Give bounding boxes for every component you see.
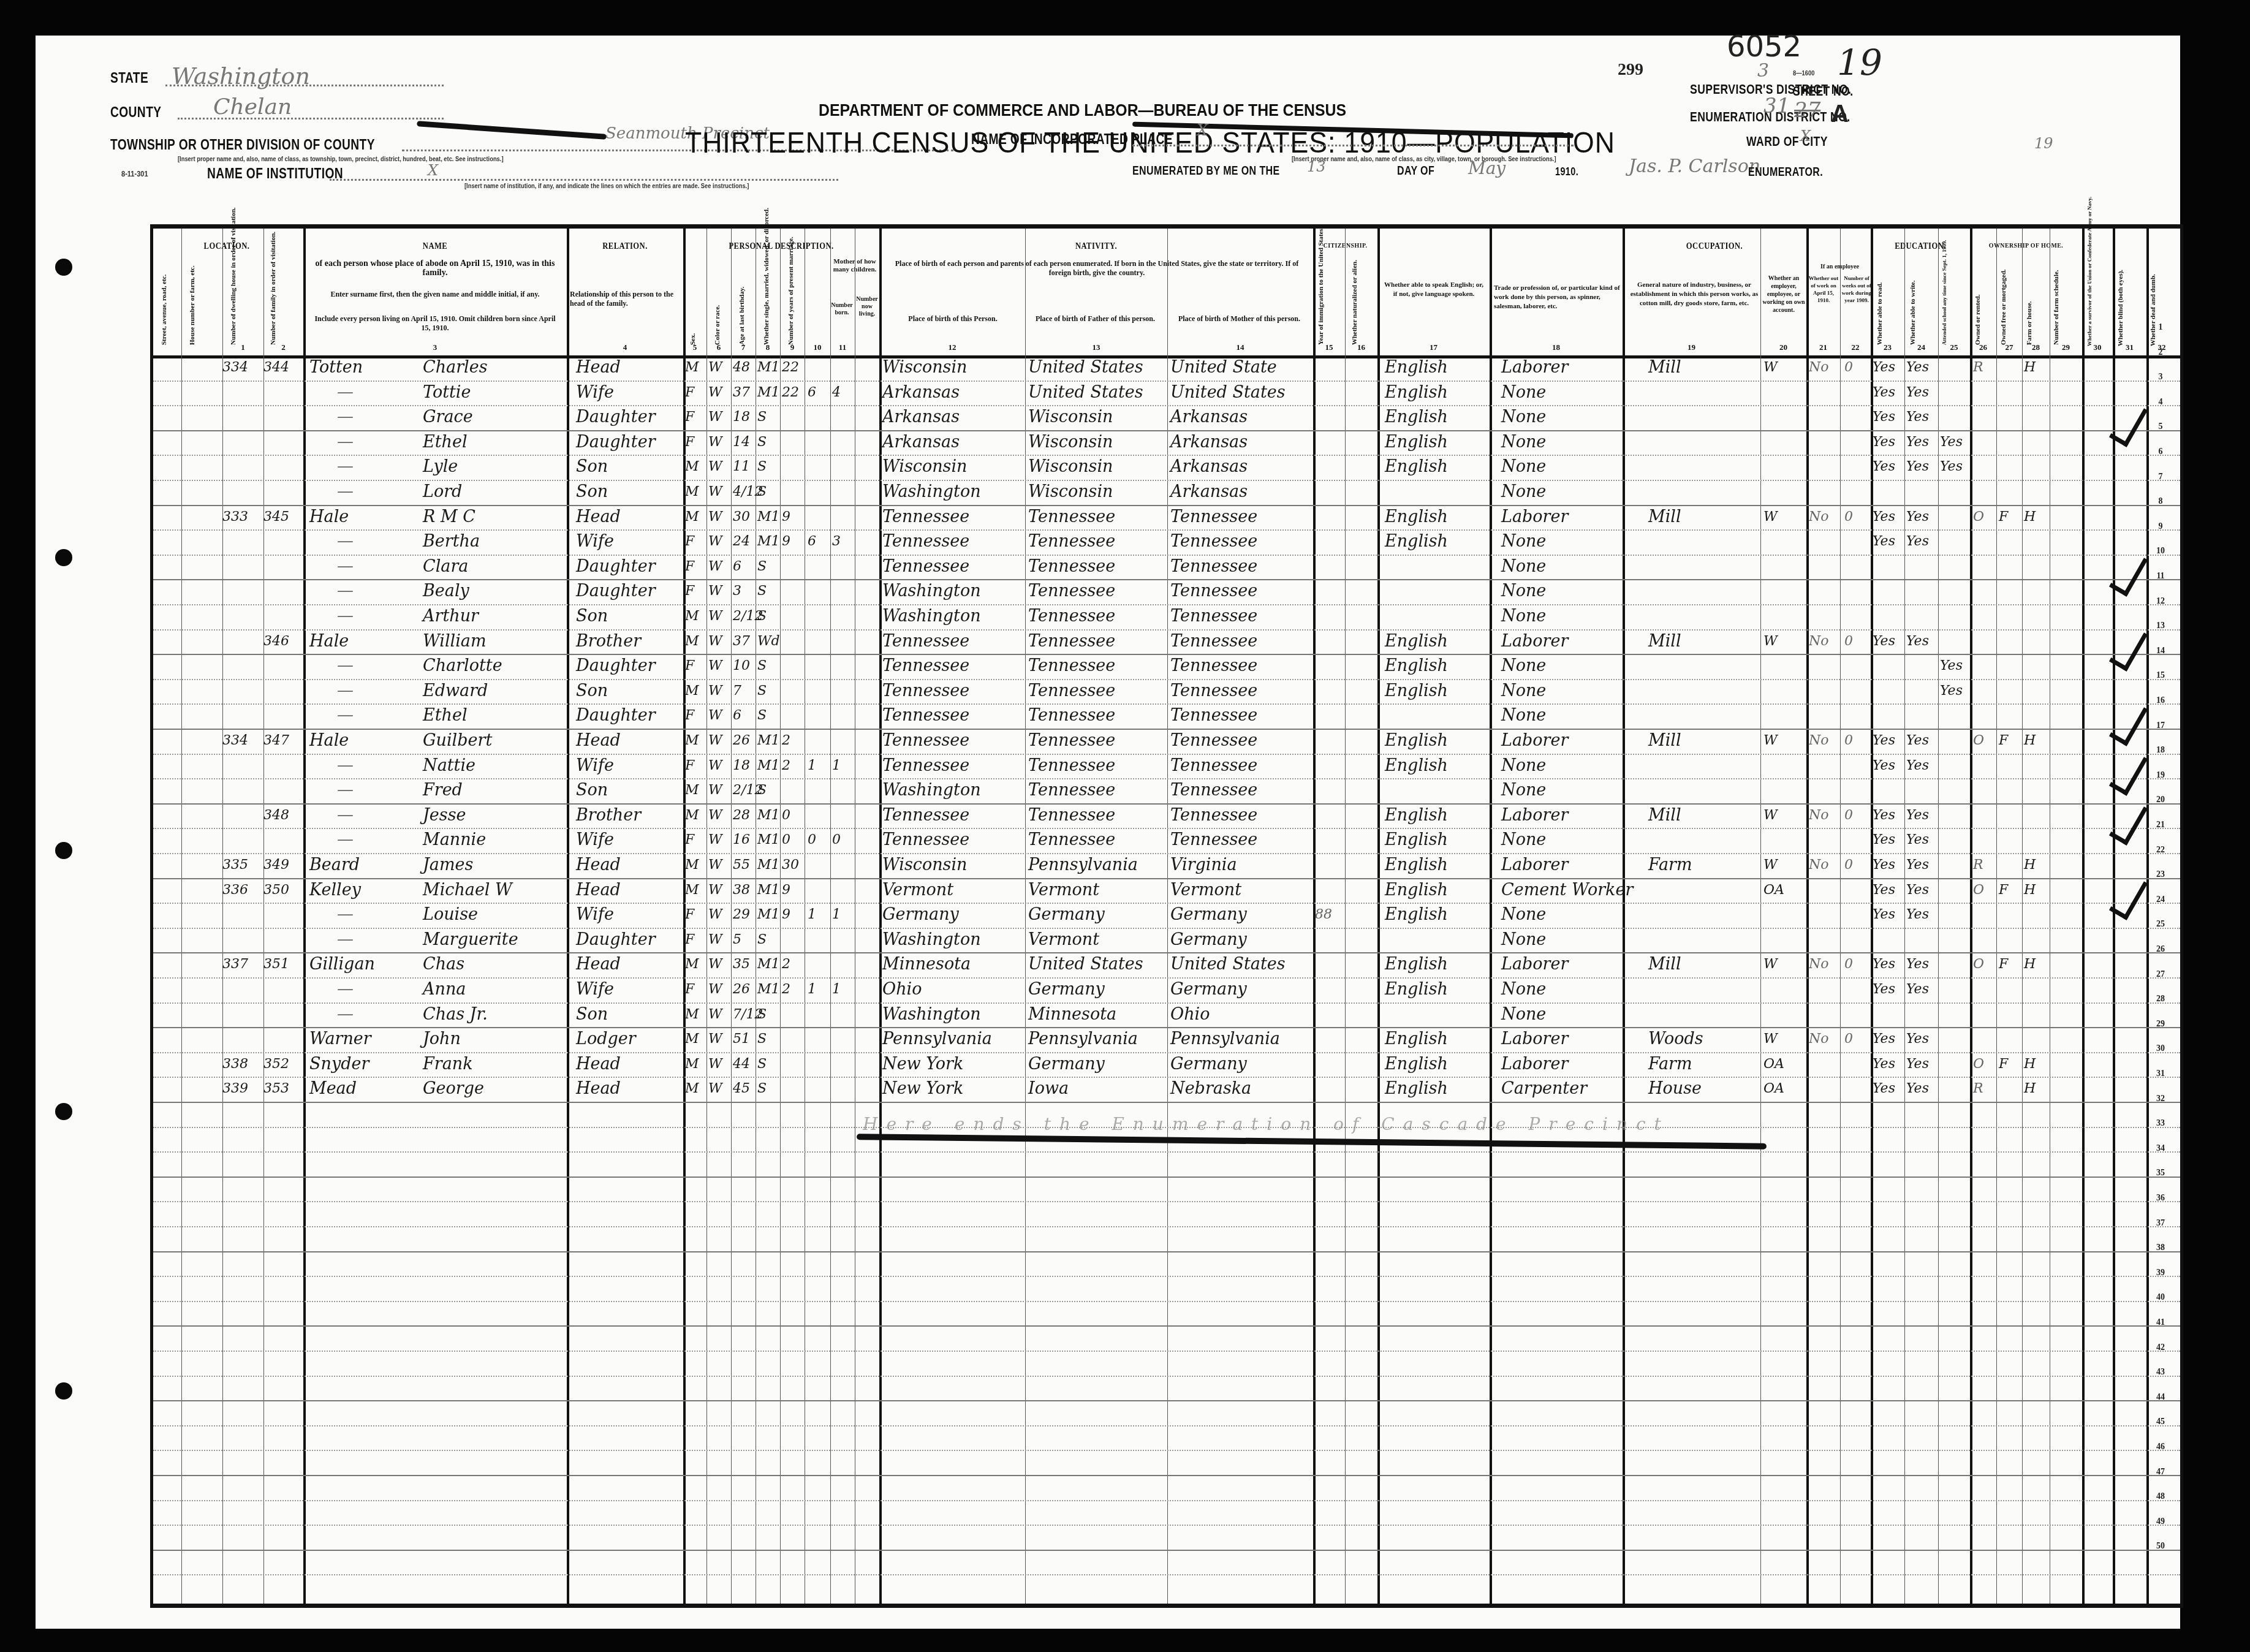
cell-emp: OA <box>1763 1053 1784 1075</box>
column-number: 1 <box>222 343 263 352</box>
cell-oow: No <box>1809 730 1829 752</box>
institution-label: Name of institution <box>207 165 343 183</box>
column-number: 27 <box>1996 343 2022 352</box>
row-divider <box>153 1500 2180 1501</box>
line-number: 36 <box>2151 1194 2170 1203</box>
birth-mother-header: Place of birth of Mother of this person. <box>1170 314 1308 324</box>
column-divider <box>2146 229 2149 1604</box>
cell-lang: English <box>1385 1078 1448 1100</box>
cell-marital: S <box>757 680 767 702</box>
line-number: 6 <box>2151 447 2170 457</box>
cell-relation: Head <box>576 357 621 379</box>
cell-surname: — <box>337 556 354 578</box>
column-number: 19 <box>1623 343 1760 352</box>
cell-family: 351 <box>263 953 289 976</box>
cell-surname: — <box>337 904 354 926</box>
column-divider <box>1490 229 1492 1604</box>
cell-write: Yes <box>1906 456 1929 478</box>
cell-surname: — <box>337 1004 354 1026</box>
cell-read: Yes <box>1873 456 1895 478</box>
cell-father: Pennsylvania <box>1028 1028 1138 1050</box>
column-divider <box>780 229 781 1604</box>
cell-father: Tennessee <box>1028 655 1115 677</box>
column-divider <box>830 229 831 1604</box>
line-number: 46 <box>2151 1442 2170 1452</box>
cell-sex: M <box>685 456 699 478</box>
cell-read: Yes <box>1873 357 1895 379</box>
cell-given: R M C <box>423 506 475 528</box>
cell-race: W <box>708 456 722 478</box>
row-divider <box>153 1325 2180 1327</box>
cell-surname: — <box>337 481 354 503</box>
cell-marital: M1 <box>757 531 780 553</box>
cell-relation: Daughter <box>576 655 656 677</box>
cell-mother: Germany <box>1170 904 1247 926</box>
cell-mother: Tennessee <box>1170 631 1257 653</box>
cell-birth: New York <box>882 1053 963 1075</box>
cell-relation: Son <box>576 456 608 478</box>
cell-surname: — <box>337 456 354 478</box>
line-number: 49 <box>2151 1517 2170 1527</box>
cell-surname: Hale <box>309 631 349 653</box>
line-number: 8 <box>2151 497 2170 507</box>
cell-trade: Laborer <box>1501 357 1568 379</box>
cell-age: 44 <box>733 1053 750 1075</box>
cell-birth: Washington <box>882 481 981 503</box>
column-divider <box>1760 229 1761 1604</box>
language-header: Whether able to speak English; or, if no… <box>1382 281 1486 299</box>
line-number: 34 <box>2151 1144 2170 1154</box>
relation-desc: Relationship of this person to the head … <box>570 290 680 308</box>
cell-father: United States <box>1028 382 1143 404</box>
cell-birth: Tennessee <box>882 755 969 777</box>
cell-surname: — <box>337 431 354 453</box>
naturalized-header: Whether naturalized or alien. <box>1351 259 1358 345</box>
cell-sex: M <box>685 680 699 702</box>
cell-father: Tennessee <box>1028 631 1115 653</box>
cell-mother: Tennessee <box>1170 506 1257 528</box>
cell-age: 37 <box>733 631 750 653</box>
cell-mother: Germany <box>1170 979 1247 1001</box>
cell-birth: Arkansas <box>882 382 960 404</box>
column-number: 14 <box>1167 343 1313 352</box>
cell-farm: H <box>2024 879 2036 901</box>
cell-lang: English <box>1385 730 1448 752</box>
cell-sex: F <box>685 556 694 578</box>
cell-oow: No <box>1809 805 1829 827</box>
cell-emp: W <box>1763 805 1778 827</box>
cell-yrs: 22 <box>782 357 799 379</box>
cell-marital: S <box>757 1053 767 1075</box>
cell-surname: — <box>337 829 354 851</box>
cell-given: Mannie <box>423 829 486 851</box>
cell-sex: F <box>685 406 694 428</box>
cell-surname: Totten <box>309 357 363 379</box>
cell-mother: Tennessee <box>1170 805 1257 827</box>
cell-lang: English <box>1385 655 1448 677</box>
cell-surname: — <box>337 805 354 827</box>
weeks-out-header: Number of weeks out of work during year … <box>1841 275 1872 304</box>
binder-hole <box>55 1103 72 1120</box>
row-divider <box>153 1102 2180 1103</box>
cell-marital: S <box>757 779 767 801</box>
cell-race: W <box>708 879 722 901</box>
cell-trade: None <box>1501 1004 1546 1026</box>
cell-birth: Washington <box>882 929 981 951</box>
row-divider <box>153 1251 2180 1252</box>
cell-surname: — <box>337 382 354 404</box>
cell-oow: No <box>1809 357 1829 379</box>
row-divider <box>153 1276 2180 1277</box>
cell-relation: Head <box>576 1078 621 1100</box>
cell-relation: Head <box>576 506 621 528</box>
cell-farm: H <box>2024 506 2036 528</box>
row-divider <box>153 1201 2180 1202</box>
cell-given: Bealy <box>423 580 469 602</box>
cell-race: W <box>708 406 722 428</box>
cell-write: Yes <box>1906 879 1929 901</box>
cell-read: Yes <box>1873 1028 1895 1050</box>
column-number: 29 <box>2050 343 2082 352</box>
enumerated-day: 13 <box>1307 158 1326 175</box>
column-divider <box>1904 229 1905 1604</box>
cell-given: Lord <box>423 481 462 503</box>
column-number: 20 <box>1760 343 1806 352</box>
cell-yrs: 2 <box>782 755 790 777</box>
cell-sex: M <box>685 1004 699 1026</box>
cell-write: Yes <box>1906 1028 1929 1050</box>
cell-given: Anna <box>423 979 466 1001</box>
cell-farm: H <box>2024 1078 2036 1100</box>
cell-sex: F <box>685 755 694 777</box>
cell-living: 3 <box>832 531 841 553</box>
cell-relation: Brother <box>576 805 641 827</box>
cell-given: Lyle <box>423 456 458 478</box>
cell-race: W <box>708 705 722 727</box>
house-no-header: House number or farm, etc. <box>189 265 196 345</box>
cell-read: Yes <box>1873 805 1895 827</box>
cell-marital: S <box>757 655 767 677</box>
cell-relation: Son <box>576 481 608 503</box>
cell-mother: Tennessee <box>1170 755 1257 777</box>
cell-marital: M1 <box>757 755 780 777</box>
row-divider <box>153 1376 2180 1377</box>
cell-mother: United States <box>1170 953 1286 976</box>
column-divider <box>1345 229 1346 1604</box>
write-header: Whether able to write. <box>1909 259 1917 345</box>
cell-birth: Tennessee <box>882 805 969 827</box>
cell-emp: W <box>1763 1028 1778 1050</box>
school-header: Attended school any time since Sept. 1, … <box>1941 259 1947 345</box>
line-number: 5 <box>2151 422 2170 432</box>
cell-read: Yes <box>1873 730 1895 752</box>
cell-race: W <box>708 531 722 553</box>
cell-born: 0 <box>808 829 816 851</box>
township-label: Township or other division of county <box>110 137 375 154</box>
cell-age: 14 <box>733 431 750 453</box>
column-number: 10 <box>805 343 830 352</box>
industry-header: General nature of industry, business, or… <box>1630 281 1759 308</box>
sheet-struck: 27 <box>1794 98 1820 123</box>
cell-marital: S <box>757 929 767 951</box>
cell-school: Yes <box>1940 655 1963 677</box>
cell-yrs: 9 <box>782 506 790 528</box>
cell-given: Jesse <box>423 805 466 827</box>
cell-write: Yes <box>1906 531 1929 553</box>
cell-surname: Beard <box>309 854 360 876</box>
cell-industry: Farm <box>1648 854 1692 876</box>
cell-birth: Ohio <box>882 979 922 1001</box>
cell-birth: Tennessee <box>882 506 969 528</box>
cell-school: Yes <box>1940 456 1963 478</box>
cell-given: Edward <box>423 680 488 702</box>
cell-surname: — <box>337 779 354 801</box>
immigration-header: Year of immigration to the United States… <box>1317 259 1325 345</box>
cell-mother: Arkansas <box>1170 406 1248 428</box>
cell-relation: Wife <box>576 382 614 404</box>
cell-sex: M <box>685 879 699 901</box>
cell-given: John <box>423 1028 461 1050</box>
cell-industry: Mill <box>1648 953 1681 976</box>
column-divider <box>1623 229 1625 1604</box>
cell-mother: United State <box>1170 357 1277 379</box>
cell-write: Yes <box>1906 1053 1929 1075</box>
column-number: 21 <box>1806 343 1840 352</box>
cell-father: Wisconsin <box>1028 481 1113 503</box>
line-number: 33 <box>2151 1119 2170 1129</box>
cell-relation: Son <box>576 680 608 702</box>
cell-school: Yes <box>1940 680 1963 702</box>
line-number: 1 <box>2151 323 2170 333</box>
cell-race: W <box>708 580 722 602</box>
veteran-header: Whether a survivor of the Union or Confe… <box>2086 236 2093 346</box>
cell-weeks: 0 <box>1844 805 1853 827</box>
cell-lang: English <box>1385 456 1448 478</box>
cell-industry: Mill <box>1648 730 1681 752</box>
cell-given: Charlotte <box>423 655 502 677</box>
cell-family: 345 <box>263 506 289 528</box>
cell-farm: H <box>2024 953 2036 976</box>
cell-lang: English <box>1385 879 1448 901</box>
cell-father: Vermont <box>1028 879 1099 901</box>
line-number: 35 <box>2151 1169 2170 1178</box>
cell-sex: F <box>685 904 694 926</box>
cell-family: 347 <box>263 730 289 752</box>
cell-mort: F <box>1999 879 2008 901</box>
cell-mother: Tennessee <box>1170 580 1257 602</box>
cell-mother: Arkansas <box>1170 456 1248 478</box>
column-number: 13 <box>1025 343 1167 352</box>
cell-age: 29 <box>733 904 750 926</box>
cell-sex: M <box>685 1053 699 1075</box>
cell-industry: Farm <box>1648 1053 1692 1075</box>
cell-sex: M <box>685 605 699 627</box>
cell-race: W <box>708 631 722 653</box>
cell-father: Tennessee <box>1028 730 1115 752</box>
day-of-label: day of <box>1397 164 1434 178</box>
cell-read: Yes <box>1873 382 1895 404</box>
cell-lang: English <box>1385 406 1448 428</box>
cell-age: 38 <box>733 879 750 901</box>
cell-race: W <box>708 979 722 1001</box>
cell-surname: Kelley <box>309 879 361 901</box>
cell-given: Marguerite <box>423 929 518 951</box>
row-divider <box>153 1176 2180 1178</box>
cell-marital: S <box>757 580 767 602</box>
column-divider <box>1806 229 1809 1604</box>
cell-industry: Mill <box>1648 631 1681 653</box>
cell-read: Yes <box>1873 854 1895 876</box>
column-divider <box>2050 229 2050 1604</box>
cell-emp: OA <box>1763 879 1784 901</box>
cell-father: Vermont <box>1028 929 1099 951</box>
cell-living: 1 <box>832 979 841 1001</box>
cell-farm: H <box>2024 730 2036 752</box>
sheet-value: 19 <box>1837 42 1882 83</box>
cell-read: Yes <box>1873 979 1895 1001</box>
cell-relation: Daughter <box>576 556 656 578</box>
column-divider <box>1377 229 1380 1604</box>
cell-marital: S <box>757 1004 767 1026</box>
cell-oow: No <box>1809 506 1829 528</box>
row-divider <box>153 1151 2180 1153</box>
cell-mother: Pennsylvania <box>1170 1028 1280 1050</box>
cell-trade: Cement Worker <box>1501 879 1633 901</box>
cell-birth: Germany <box>882 904 959 926</box>
cell-industry: Mill <box>1648 506 1681 528</box>
family-header: Number of family in order of visitation. <box>270 265 277 345</box>
cell-sex: M <box>685 481 699 503</box>
cell-birth: Tennessee <box>882 705 969 727</box>
cell-given: Fred <box>423 779 463 801</box>
line-number: 10 <box>2151 547 2170 556</box>
line-number: 16 <box>2151 696 2170 706</box>
cell-birth: Washington <box>882 1004 981 1026</box>
group-location: LOCATION. <box>188 242 265 252</box>
cell-surname: — <box>337 655 354 677</box>
cell-emp: W <box>1763 730 1778 752</box>
cell-father: Tennessee <box>1028 605 1115 627</box>
cell-father: Germany <box>1028 1053 1105 1075</box>
cell-dwelling: 339 <box>222 1078 248 1100</box>
column-number: 3 <box>303 343 567 352</box>
line-number: 27 <box>2151 970 2170 980</box>
row-divider <box>153 1475 2180 1476</box>
line-number: 32 <box>2151 1094 2170 1104</box>
line-number: 45 <box>2151 1417 2170 1427</box>
cell-age: 26 <box>733 979 750 1001</box>
line-number: 28 <box>2151 995 2170 1004</box>
cell-lang: English <box>1385 506 1448 528</box>
cell-family: 353 <box>263 1078 289 1100</box>
line-number: 44 <box>2151 1393 2170 1403</box>
cell-relation: Son <box>576 605 608 627</box>
cell-race: W <box>708 829 722 851</box>
column-divider <box>2082 229 2085 1604</box>
cell-lang: English <box>1385 805 1448 827</box>
cell-age: 7 <box>733 680 741 702</box>
line-number: 13 <box>2151 621 2170 631</box>
group-education: EDUCATION. <box>1876 242 1965 252</box>
cell-mother: Tennessee <box>1170 556 1257 578</box>
cell-race: W <box>708 431 722 453</box>
name-desc-2: Enter surname first, then the given name… <box>309 290 561 299</box>
cell-birth: Wisconsin <box>882 456 967 478</box>
cell-yrs: 9 <box>782 879 790 901</box>
cell-surname: Gilligan <box>309 953 375 976</box>
cell-trade: None <box>1501 580 1546 602</box>
cell-birth: Wisconsin <box>882 854 967 876</box>
cell-father: Tennessee <box>1028 705 1115 727</box>
cell-age: 28 <box>733 805 750 827</box>
column-number: 15 <box>1313 343 1345 352</box>
cell-age: 18 <box>733 755 750 777</box>
line-number: 24 <box>2151 895 2170 905</box>
group-relation: RELATION. <box>573 242 678 252</box>
cell-mother: Tennessee <box>1170 705 1257 727</box>
line-number: 31 <box>2151 1069 2170 1079</box>
cell-birth: Arkansas <box>882 431 960 453</box>
cell-born: 1 <box>808 755 816 777</box>
ward-value: X <box>1800 127 1811 145</box>
cell-trade: None <box>1501 431 1546 453</box>
state-value: Washington <box>172 63 310 89</box>
cell-given: Clara <box>423 556 468 578</box>
year-label: 1910. <box>1555 165 1578 178</box>
cell-given: Michael W <box>423 879 512 901</box>
line-number: 19 <box>2151 771 2170 781</box>
cell-born: 6 <box>808 382 816 404</box>
cell-age: 10 <box>733 655 750 677</box>
line-number: 39 <box>2151 1268 2170 1278</box>
cell-oow: No <box>1809 953 1829 976</box>
cell-own: O <box>1973 953 1984 976</box>
cell-farm: H <box>2024 357 2036 379</box>
cell-write: Yes <box>1906 382 1929 404</box>
cell-trade: None <box>1501 755 1546 777</box>
cell-marital: M1 <box>757 382 780 404</box>
cell-lang: English <box>1385 1053 1448 1075</box>
cell-trade: None <box>1501 705 1546 727</box>
cell-age: 37 <box>733 382 750 404</box>
line-number: 17 <box>2151 721 2170 731</box>
cell-birth: Tennessee <box>882 631 969 653</box>
cell-surname: — <box>337 406 354 428</box>
cell-write: Yes <box>1906 1078 1929 1100</box>
line-number: 41 <box>2151 1318 2170 1328</box>
cell-birth: Tennessee <box>882 531 969 553</box>
cell-dwelling: 334 <box>222 730 248 752</box>
cell-mother: Tennessee <box>1170 730 1257 752</box>
enumerator-label: Enumerator. <box>1748 165 1823 180</box>
cell-age: 45 <box>733 1078 750 1100</box>
end-note: Here ends the Enumeration of Cascade Pre… <box>863 1114 1670 1134</box>
cell-write: Yes <box>1906 406 1929 428</box>
cell-age: 16 <box>733 829 750 851</box>
cell-marital: M1 <box>757 829 780 851</box>
cell-surname: Hale <box>309 506 349 528</box>
cell-race: W <box>708 1004 722 1026</box>
cell-lang: English <box>1385 357 1448 379</box>
cell-mother: Tennessee <box>1170 531 1257 553</box>
cell-sex: M <box>685 854 699 876</box>
line-number: 4 <box>2151 398 2170 407</box>
census-sheet: State Washington County Chelan Township … <box>36 36 2180 1629</box>
column-divider <box>2022 229 2023 1604</box>
cell-family: 346 <box>263 631 289 653</box>
cell-sex: M <box>685 1028 699 1050</box>
cell-mother: Tennessee <box>1170 779 1257 801</box>
